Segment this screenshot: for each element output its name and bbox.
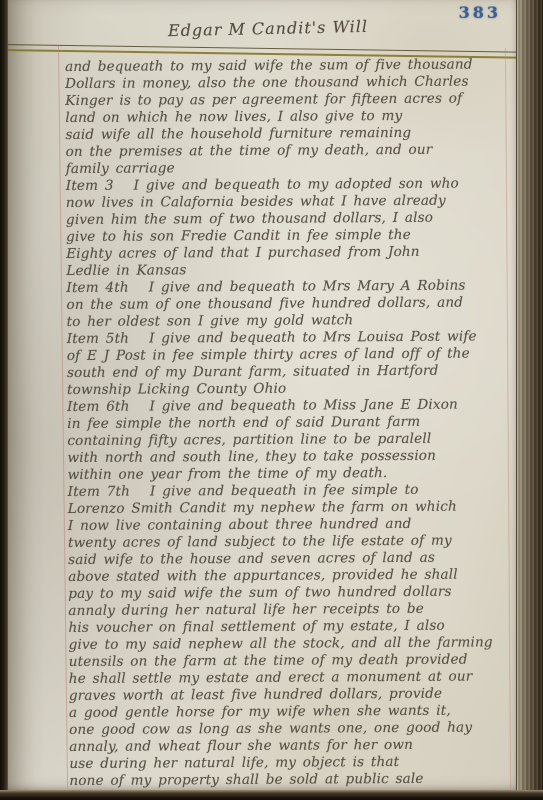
book-binding-edge [0, 0, 8, 800]
page-number: 383 [459, 3, 501, 22]
handwritten-line: none of my property shall be sold at pub… [69, 770, 521, 790]
ledger-page: 383 Edgar M Candit's Will and bequeath t… [8, 0, 517, 790]
page-stack-edge [516, 0, 543, 800]
ledger-book-photo: 383 Edgar M Candit's Will and bequeath t… [0, 0, 543, 800]
page-title: Edgar M Candit's Will [148, 16, 388, 40]
handwritten-text: and bequeath to my said wife the sum of … [65, 56, 521, 790]
book-bottom-edge [0, 790, 543, 800]
